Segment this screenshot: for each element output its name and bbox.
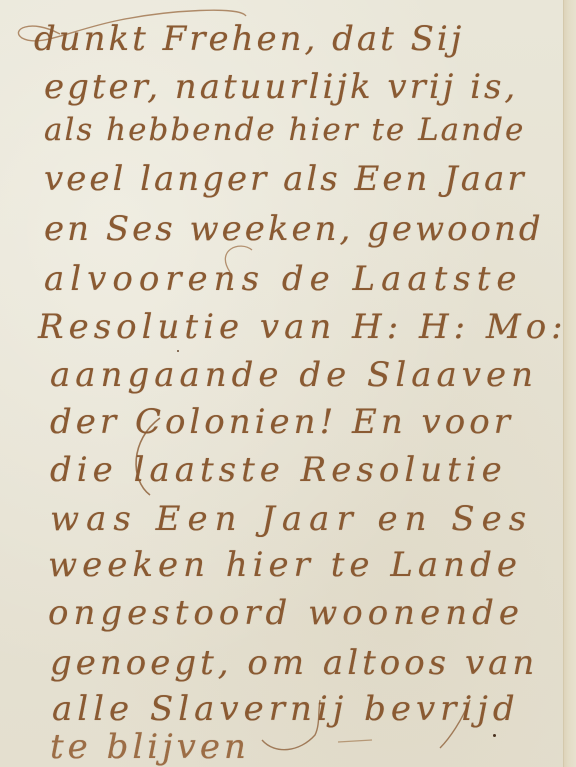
manuscript-line: was Een Jaar en Ses xyxy=(50,502,533,536)
ink-speck xyxy=(177,350,179,352)
manuscript-line: der Colonien! En voor xyxy=(50,405,514,439)
ink-speck xyxy=(493,734,496,737)
manuscript-line: te blijven xyxy=(50,730,250,764)
manuscript-line: en Ses weeken, gewoond xyxy=(44,212,544,246)
manuscript-line: die laatste Resolutie xyxy=(50,453,507,487)
handwritten-text: dunkt Frehen, dat Sij egter, natuurlijk … xyxy=(0,0,566,767)
manuscript-line: alle Slavernij bevrijd xyxy=(52,692,520,726)
manuscript-line: Resolutie van H: H: Mo: xyxy=(38,310,568,344)
manuscript-line: ongestoord woonende xyxy=(48,596,524,630)
page-edge xyxy=(563,0,576,767)
manuscript-line: veel langer als Een Jaar xyxy=(44,162,527,196)
manuscript-page: dunkt Frehen, dat Sij egter, natuurlijk … xyxy=(0,0,566,767)
manuscript-line: genoegt, om altoos van xyxy=(50,646,538,680)
manuscript-line: als hebbende hier te Lande xyxy=(44,115,525,146)
manuscript-line: alvoorens de Laatste xyxy=(44,262,523,296)
manuscript-line: weeken hier te Lande xyxy=(48,548,522,582)
manuscript-line: aangaande de Slaaven xyxy=(50,358,538,392)
manuscript-line: egter, natuurlijk vrij is, xyxy=(44,70,518,104)
manuscript-line: dunkt Frehen, dat Sij xyxy=(34,22,464,56)
